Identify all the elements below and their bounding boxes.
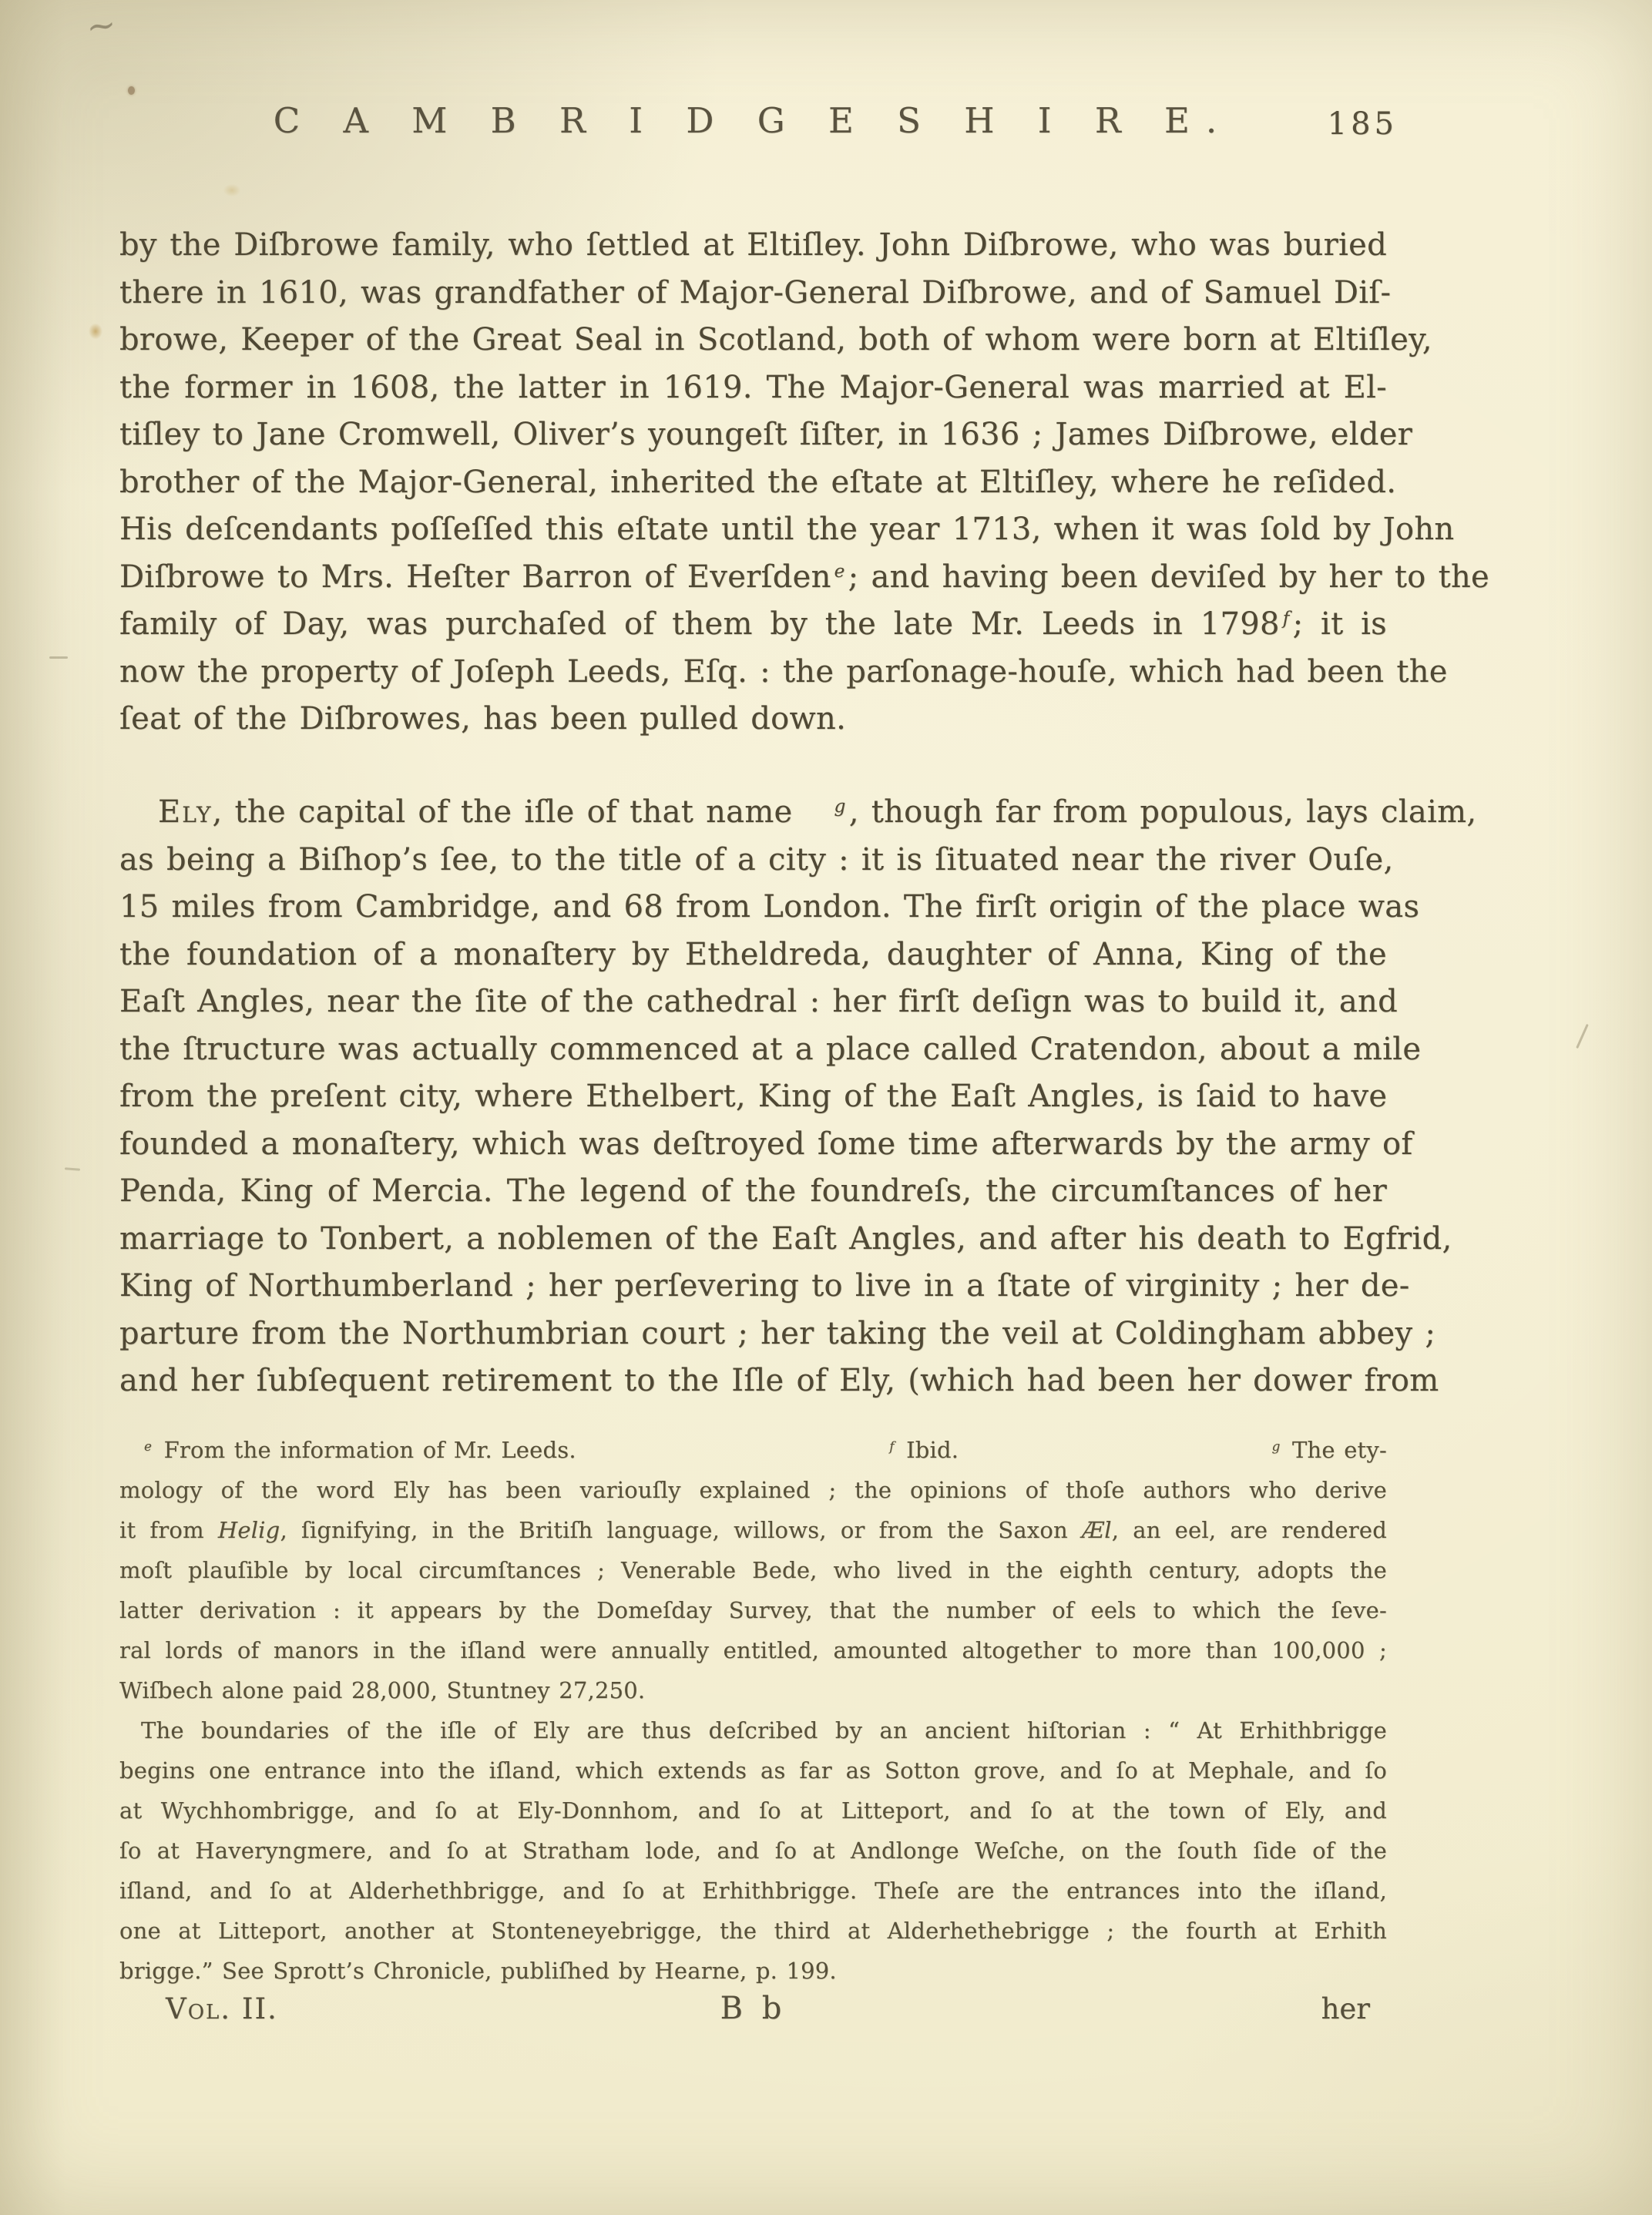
text-line: the ſtructure was actually commenced at … [119,1026,1387,1074]
text-line: brother of the Major-General, inherited … [119,459,1387,507]
text-line: ſo at Haveryngmere, and ſo at Stratham l… [119,1831,1387,1871]
text-line: The boundaries of the iſle of Ely are th… [119,1710,1387,1750]
page-footer: Vol. II. B b her [119,1992,1387,2039]
text-line: Ely, the capital of the iſle of that nam… [119,789,1387,837]
text-line: Penda, King of Mercia. The legend of the… [119,1168,1387,1216]
paper-stain [220,182,243,199]
footnote-reference-mark: f [889,1426,894,1466]
footnote-reference-mark: g [796,783,846,831]
text-line: 15 miles from Cambridge, and 68 from Lon… [119,884,1387,931]
margin-mark [65,1167,80,1170]
ink-spot [128,86,135,95]
styled-text: Helig [218,1517,280,1543]
footnotes-section: e From the information of Mr. Leeds.f Ib… [119,1430,1387,1991]
text-line: iſland, and ſo at Alderhethbrigge, and ſ… [119,1871,1387,1911]
footnote-entry: e From the information of Mr. Leeds. [141,1430,576,1470]
footnote-entry: g The ety- [1269,1430,1387,1470]
text-line: latter derivation : it appears by the Do… [119,1590,1387,1630]
text-line: as being a Biſhop’s ſee, to the title of… [119,837,1387,884]
text-line: Wiſbech alone paid 28,000, Stuntney 27,2… [119,1670,1387,1710]
text-line: there in 1610, was grandfather of Major-… [119,270,1387,317]
text-line: ral lords of manors in the iſland were a… [119,1630,1387,1670]
styled-text: Æl [1082,1517,1112,1543]
text-line: brigge.” See Sprott’s Chronicle, publiſh… [119,1951,1387,1991]
footnote-entry: f Ibid. [886,1430,959,1470]
text-line: e From the information of Mr. Leeds.f Ib… [119,1430,1387,1470]
text-line: browe, Keeper of the Great Seal in Scotl… [119,317,1387,364]
footnote-reference-mark: e [144,1426,152,1466]
text-line: mology of the word Ely has been variouſl… [119,1470,1387,1510]
paper-stain [86,321,105,342]
text-line: the former in 1608, the latter in 1619. … [119,364,1387,412]
scanned-book-page: ~ C A M B R I D G E S H I R E. 185 by th… [0,0,1652,2215]
text-line: family of Day, was purchaſed of them by … [119,601,1387,649]
text-line: now the property of Joſeph Leeds, Eſq. :… [119,649,1387,696]
text-line: His deſcendants poſſeſſed this eſtate un… [119,506,1387,554]
body-paragraph-ely: Ely, the capital of the iſle of that nam… [119,789,1387,1405]
text-line: from the preſent city, where Ethelbert, … [119,1073,1387,1121]
text-line: King of Northumberland ; her perſevering… [119,1263,1387,1311]
text-line: moſt plauſible by local circumſtances ; … [119,1550,1387,1590]
footnote-reference-mark: f [1283,595,1290,643]
footnote-reference-mark: e [834,548,845,596]
text-line: one at Litteport, another at Stonteneyeb… [119,1911,1387,1951]
page-header: C A M B R I D G E S H I R E. 185 [119,100,1387,154]
footnote-reference-mark: g [1272,1426,1281,1466]
text-line: it from Helig, ſignifying, in the Britiſ… [119,1510,1387,1550]
text-line: tiſley to Jane Cromwell, Oliver’s younge… [119,411,1387,459]
text-line: by the Diſbrowe family, who ſettled at E… [119,222,1387,270]
text-line: parture from the Northumbrian court ; he… [119,1311,1387,1358]
text-line: marriage to Tonbert, a noblemen of the E… [119,1216,1387,1264]
styled-text: Ely [158,794,213,830]
margin-mark [49,656,68,659]
page-number: 185 [1328,106,1398,142]
catchword: her [1321,1992,1370,2025]
text-line: and her ſubſequent retirement to the Iſl… [119,1358,1387,1405]
margin-mark [1576,1024,1589,1049]
running-title: C A M B R I D G E S H I R E. [119,100,1387,141]
text-line: Eaſt Angles, near the ſite of the cathed… [119,978,1387,1026]
text-line: at Wychhombrigge, and ſo at Ely-Donnhom,… [119,1790,1387,1831]
text-line: begins one entrance into the iſland, whi… [119,1750,1387,1790]
text-line: ſeat of the Diſbrowes, has been pulled d… [119,696,1387,743]
text-line: the foundation of a monaſtery by Etheldr… [119,931,1387,979]
pen-squiggle-mark: ~ [83,3,119,49]
body-paragraph-disbrowe: by the Diſbrowe family, who ſettled at E… [119,222,1387,743]
text-line: founded a monaſtery, which was deſtroyed… [119,1121,1387,1169]
text-line: Diſbrowe to Mrs. Heſter Barron of Everſd… [119,554,1387,602]
signature-mark: B b [119,1991,1387,2026]
